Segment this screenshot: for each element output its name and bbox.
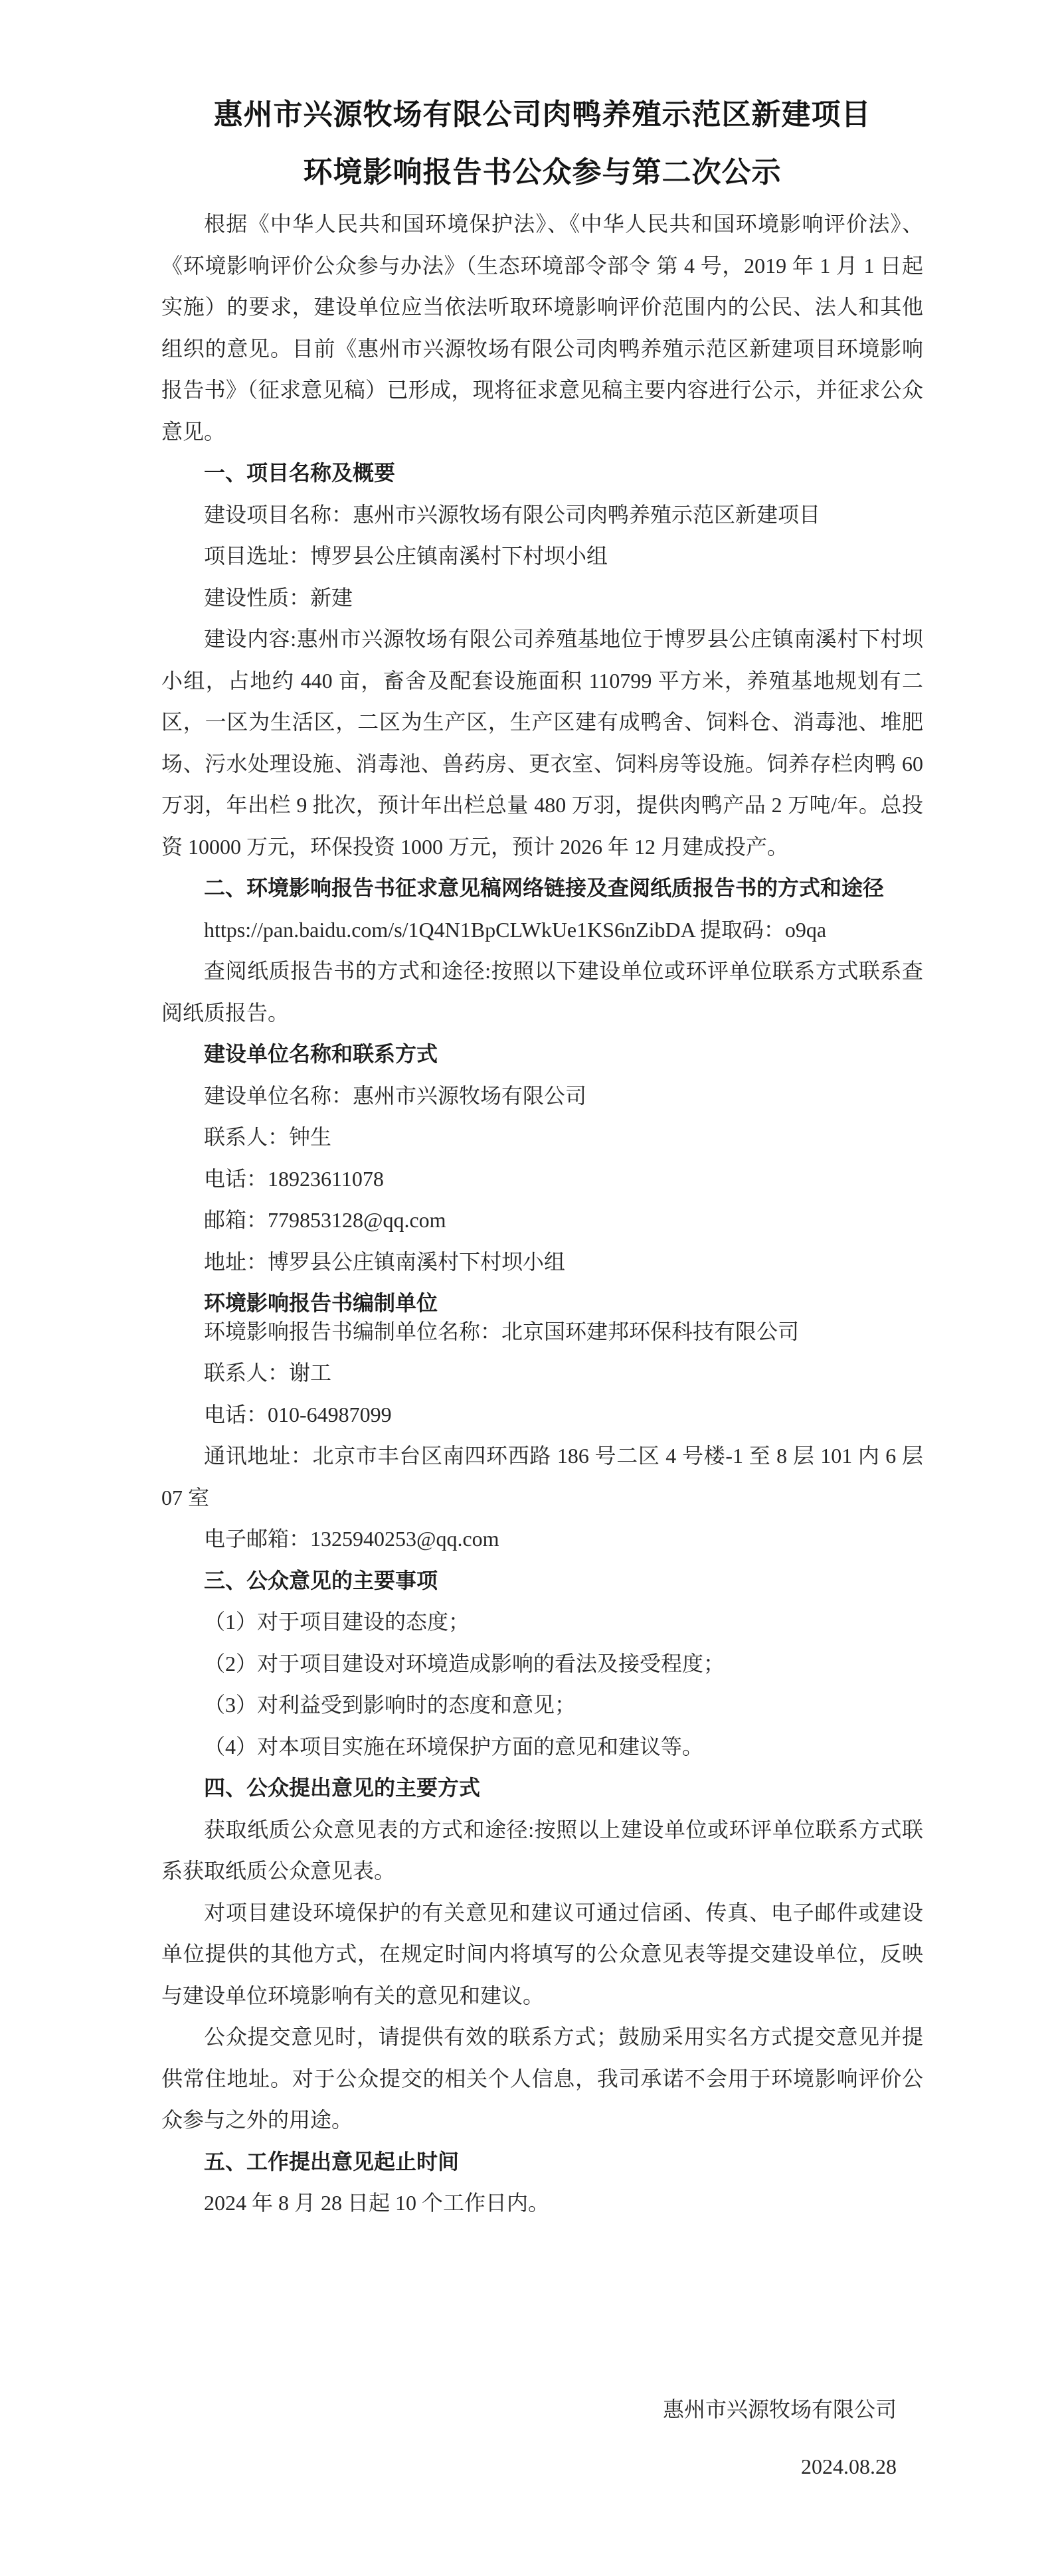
document-title: 惠州市兴源牧场有限公司肉鸭养殖示范区新建项目 环境影响报告书公众参与第二次公示	[161, 86, 923, 201]
eia-phone-line: 电话：010-64987099	[161, 1394, 923, 1436]
document-page: 惠州市兴源牧场有限公司肉鸭养殖示范区新建项目 环境影响报告书公众参与第二次公示 …	[161, 0, 923, 2488]
constructor-address-line: 地址：博罗县公庄镇南溪村下村坝小组	[161, 1241, 923, 1283]
document-title-line2: 环境影响报告书公众参与第二次公示	[161, 143, 923, 201]
opinion-item-2: （2）对于项目建设对环境造成影响的看法及接受程度；	[161, 1643, 923, 1685]
constructor-contact-heading: 建设单位名称和联系方式	[161, 1033, 923, 1075]
footer-company-name: 惠州市兴源牧场有限公司	[161, 2389, 897, 2431]
project-site-line: 项目选址：博罗县公庄镇南溪村下村坝小组	[161, 535, 923, 577]
section-4-heading: 四、公众提出意见的主要方式	[161, 1767, 923, 1809]
eia-mail-address-paragraph: 通讯地址：北京市丰台区南四环西路 186 号二区 4 号楼-1 至 8 层 10…	[161, 1435, 923, 1518]
document-footer: 惠州市兴源牧场有限公司 2024.08.28	[161, 2389, 923, 2488]
section-1-heading: 一、项目名称及概要	[161, 452, 923, 494]
eia-contact-person-line: 联系人：谢工	[161, 1352, 923, 1394]
paper-report-access-paragraph: 查阅纸质报告书的方式和途径:按照以下建设单位或环评单位联系方式联系查阅纸质报告。	[161, 950, 923, 1033]
eia-email-line: 电子邮箱：1325940253@qq.com	[161, 1518, 923, 1560]
opinion-item-1: （1）对于项目建设的态度；	[161, 1601, 923, 1643]
constructor-phone-line: 电话：18923611078	[161, 1158, 923, 1200]
section-3-heading: 三、公众意见的主要事项	[161, 1560, 923, 1602]
deadline-line: 2024 年 8 月 28 日起 10 个工作日内。	[161, 2182, 923, 2224]
project-name-line: 建设项目名称：惠州市兴源牧场有限公司肉鸭养殖示范区新建项目	[161, 494, 923, 536]
section-2-heading: 二、环境影响报告书征求意见稿网络链接及查阅纸质报告书的方式和途径	[161, 867, 923, 909]
eia-unit-name-line: 环境影响报告书编制单位名称：北京国环建邦环保科技有限公司	[161, 1311, 923, 1353]
privacy-paragraph: 公众提交意见时，请提供有效的联系方式；鼓励采用实名方式提交意见并提供常住地址。对…	[161, 2016, 923, 2141]
document-body: 根据《中华人民共和国环境保护法》、《中华人民共和国环境影响评价法》、《环境影响评…	[161, 203, 923, 2224]
intro-paragraph: 根据《中华人民共和国环境保护法》、《中华人民共和国环境影响评价法》、《环境影响评…	[161, 203, 923, 452]
footer-date: 2024.08.28	[161, 2446, 897, 2488]
constructor-name-line: 建设单位名称：惠州市兴源牧场有限公司	[161, 1075, 923, 1117]
submit-opinion-paragraph: 对项目建设环境保护的有关意见和建议可通过信函、传真、电子邮件或建设单位提供的其他…	[161, 1892, 923, 2017]
document-title-line1: 惠州市兴源牧场有限公司肉鸭养殖示范区新建项目	[161, 86, 923, 143]
section-5-heading: 五、工作提出意见起止时间	[161, 2141, 923, 2183]
get-opinion-form-paragraph: 获取纸质公众意见表的方式和途径:按照以上建设单位或环评单位联系方式联系获取纸质公…	[161, 1809, 923, 1892]
baidu-pan-link-line: https://pan.baidu.com/s/1Q4N1BpCLWkUe1KS…	[161, 909, 923, 951]
project-nature-line: 建设性质：新建	[161, 577, 923, 619]
opinion-item-4: （4）对本项目实施在环境保护方面的意见和建议等。	[161, 1726, 923, 1768]
project-content-paragraph: 建设内容:惠州市兴源牧场有限公司养殖基地位于博罗县公庄镇南溪村下村坝小组，占地约…	[161, 618, 923, 867]
constructor-email-line: 邮箱：779853128@qq.com	[161, 1199, 923, 1241]
constructor-contact-person-line: 联系人：钟生	[161, 1116, 923, 1158]
opinion-item-3: （3）对利益受到影响时的态度和意见；	[161, 1684, 923, 1726]
